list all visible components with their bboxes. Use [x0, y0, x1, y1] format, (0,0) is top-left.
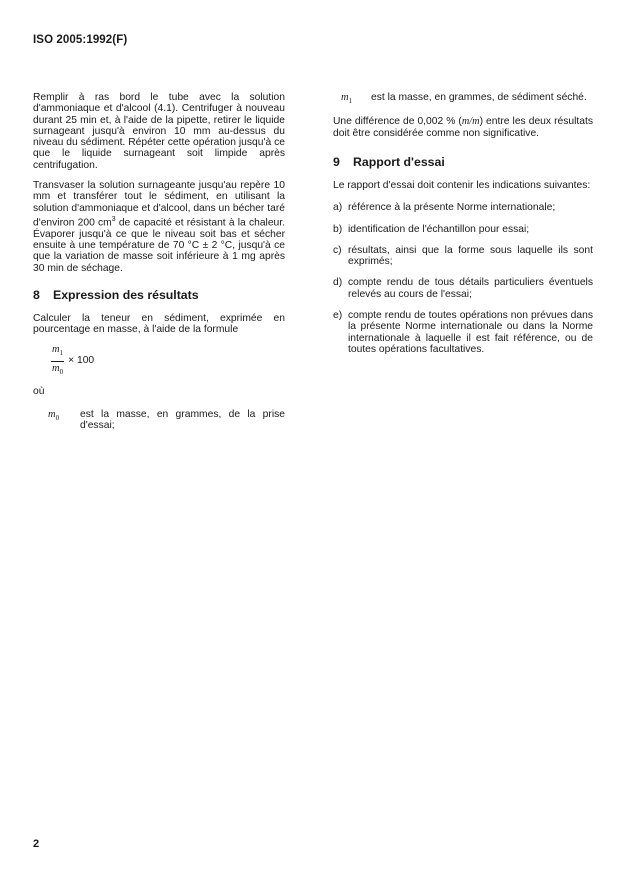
list-item-c: c) résultats, ainsi que la forme sous la…: [333, 245, 593, 268]
section-9-heading: 9Rapport d'essai: [333, 155, 593, 169]
list-label: a): [333, 202, 348, 213]
paragraph-transfer: Transvaser la solution surnageante jusqu…: [33, 180, 285, 274]
right-column: m1 est la masse, en grammes, de sédiment…: [341, 92, 593, 365]
symbol-m1: m1: [341, 92, 371, 107]
list-item-d: d) compte rendu de tous détails particul…: [333, 277, 593, 300]
document-header: ISO 2005:1992(F): [33, 34, 127, 46]
denominator: m0: [52, 362, 63, 378]
left-column: Remplir à ras bord le tube avec la solut…: [33, 92, 285, 441]
list-label: b): [333, 224, 348, 235]
page-number: 2: [33, 838, 39, 850]
section-8-intro: Calculer la teneur en sédiment, exprimée…: [33, 313, 285, 336]
where-label: où: [33, 386, 285, 397]
list-label: e): [333, 310, 348, 355]
list-item-e: e) compte rendu de toutes opérations non…: [333, 310, 593, 355]
paragraph-centrifuge: Remplir à ras bord le tube avec la solut…: [33, 92, 285, 171]
definition-text: est la masse, en grammes, de la prise d'…: [80, 409, 285, 432]
section-9-intro: Le rapport d'essai doit contenir les ind…: [333, 180, 593, 191]
list-item-b: b) identification de l'échantillon pour …: [333, 224, 593, 235]
list-label: d): [333, 277, 348, 300]
formula: m1 m0 × 100: [51, 344, 285, 377]
multiplier: × 100: [68, 355, 94, 366]
list-text: identification de l'échantillon pour ess…: [348, 224, 593, 235]
section-number: 9: [333, 155, 353, 169]
symbol-m0: m0: [33, 409, 80, 432]
section-title: Expression des résultats: [53, 288, 199, 302]
list-text: compte rendu de toutes opérations non pr…: [348, 310, 593, 355]
section-number: 8: [33, 288, 53, 302]
definition-m1: m1 est la masse, en grammes, de sédiment…: [341, 92, 593, 107]
list-text: référence à la présente Norme internatio…: [348, 202, 593, 213]
numerator: m1: [51, 344, 64, 361]
list-text: résultats, ainsi que la forme sous laque…: [348, 245, 593, 268]
paragraph-difference: Une différence de 0,002 % (m/m) entre le…: [333, 116, 593, 139]
section-8-heading: 8Expression des résultats: [33, 288, 285, 302]
paragraph-text: Une différence de 0,002 % (: [333, 116, 462, 127]
list-item-a: a) référence à la présente Norme interna…: [333, 202, 593, 213]
definition-m0: m0 est la masse, en grammes, de la prise…: [33, 409, 285, 432]
section-9: 9Rapport d'essai Le rapport d'essai doit…: [333, 155, 593, 355]
definition-text: est la masse, en grammes, de sédiment sé…: [371, 92, 593, 107]
list-label: c): [333, 245, 348, 268]
list-text: compte rendu de tous détails particulier…: [348, 277, 593, 300]
section-title: Rapport d'essai: [353, 155, 445, 169]
ratio: m/m: [462, 116, 480, 127]
fraction: m1 m0: [51, 344, 64, 377]
